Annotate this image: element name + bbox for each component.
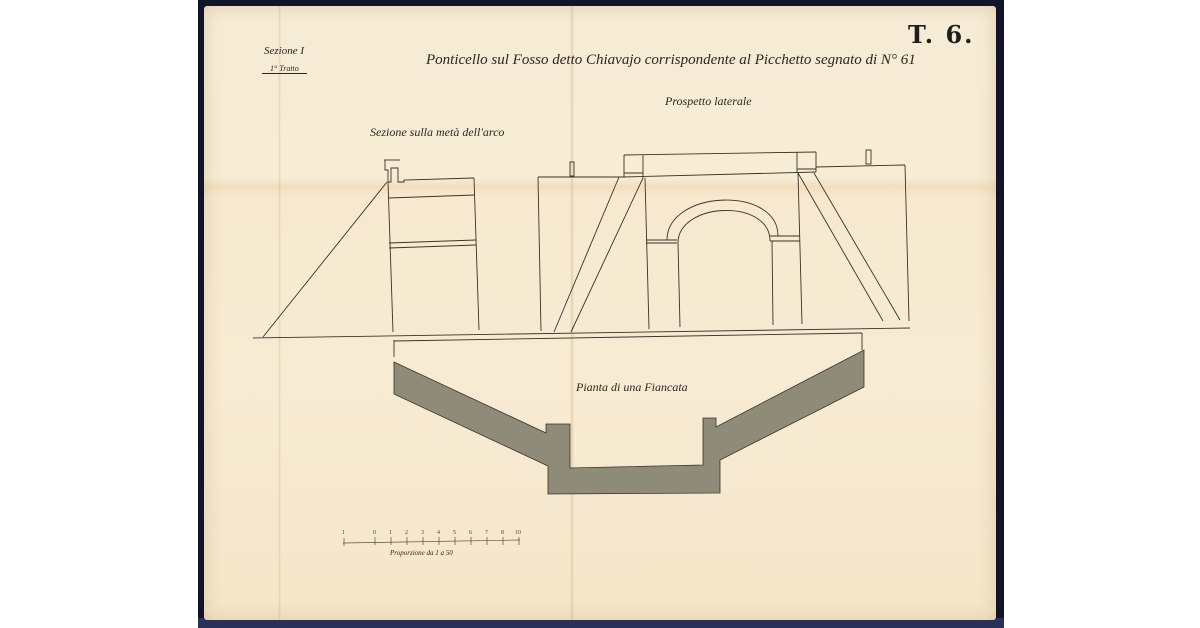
ground-line (253, 328, 910, 338)
section-label: Sezione I (264, 45, 304, 57)
scale-tick-label: 3 (421, 530, 424, 536)
elevation-view-label: Prospetto laterale (665, 94, 752, 109)
scale-tick-label: 7 (485, 530, 488, 536)
plan-wall-shading (394, 350, 864, 494)
subsection-label: 1° Tratto (262, 64, 307, 74)
scale-tick-label: 4 (437, 530, 440, 536)
scale-tick-label: 1 (342, 530, 345, 536)
plan-view-label: Pianta di una Fiancata (576, 380, 688, 395)
section-view-label: Sezione sulla metà dell'arco (370, 125, 504, 140)
scale-tick-label: 5 (453, 530, 456, 536)
plate-number: T. 6. (908, 20, 975, 49)
technical-drawing (0, 0, 1200, 628)
elevation-view (538, 150, 909, 332)
scale-tick-label: 0 (373, 530, 376, 536)
scale-tick-label: 8 (501, 530, 504, 536)
scale-tick-label: 2 (405, 530, 408, 536)
scale-bar (343, 537, 520, 546)
scale-tick-label: 10 (515, 530, 521, 536)
scale-tick-label: 1 (389, 530, 392, 536)
section-view (263, 160, 479, 337)
scale-caption: Proporzione da 1 a 50 (390, 549, 453, 557)
scale-tick-label: 6 (469, 530, 472, 536)
plan-view (394, 333, 862, 357)
drawing-title: Ponticello sul Fosso detto Chiavajo corr… (426, 52, 916, 69)
